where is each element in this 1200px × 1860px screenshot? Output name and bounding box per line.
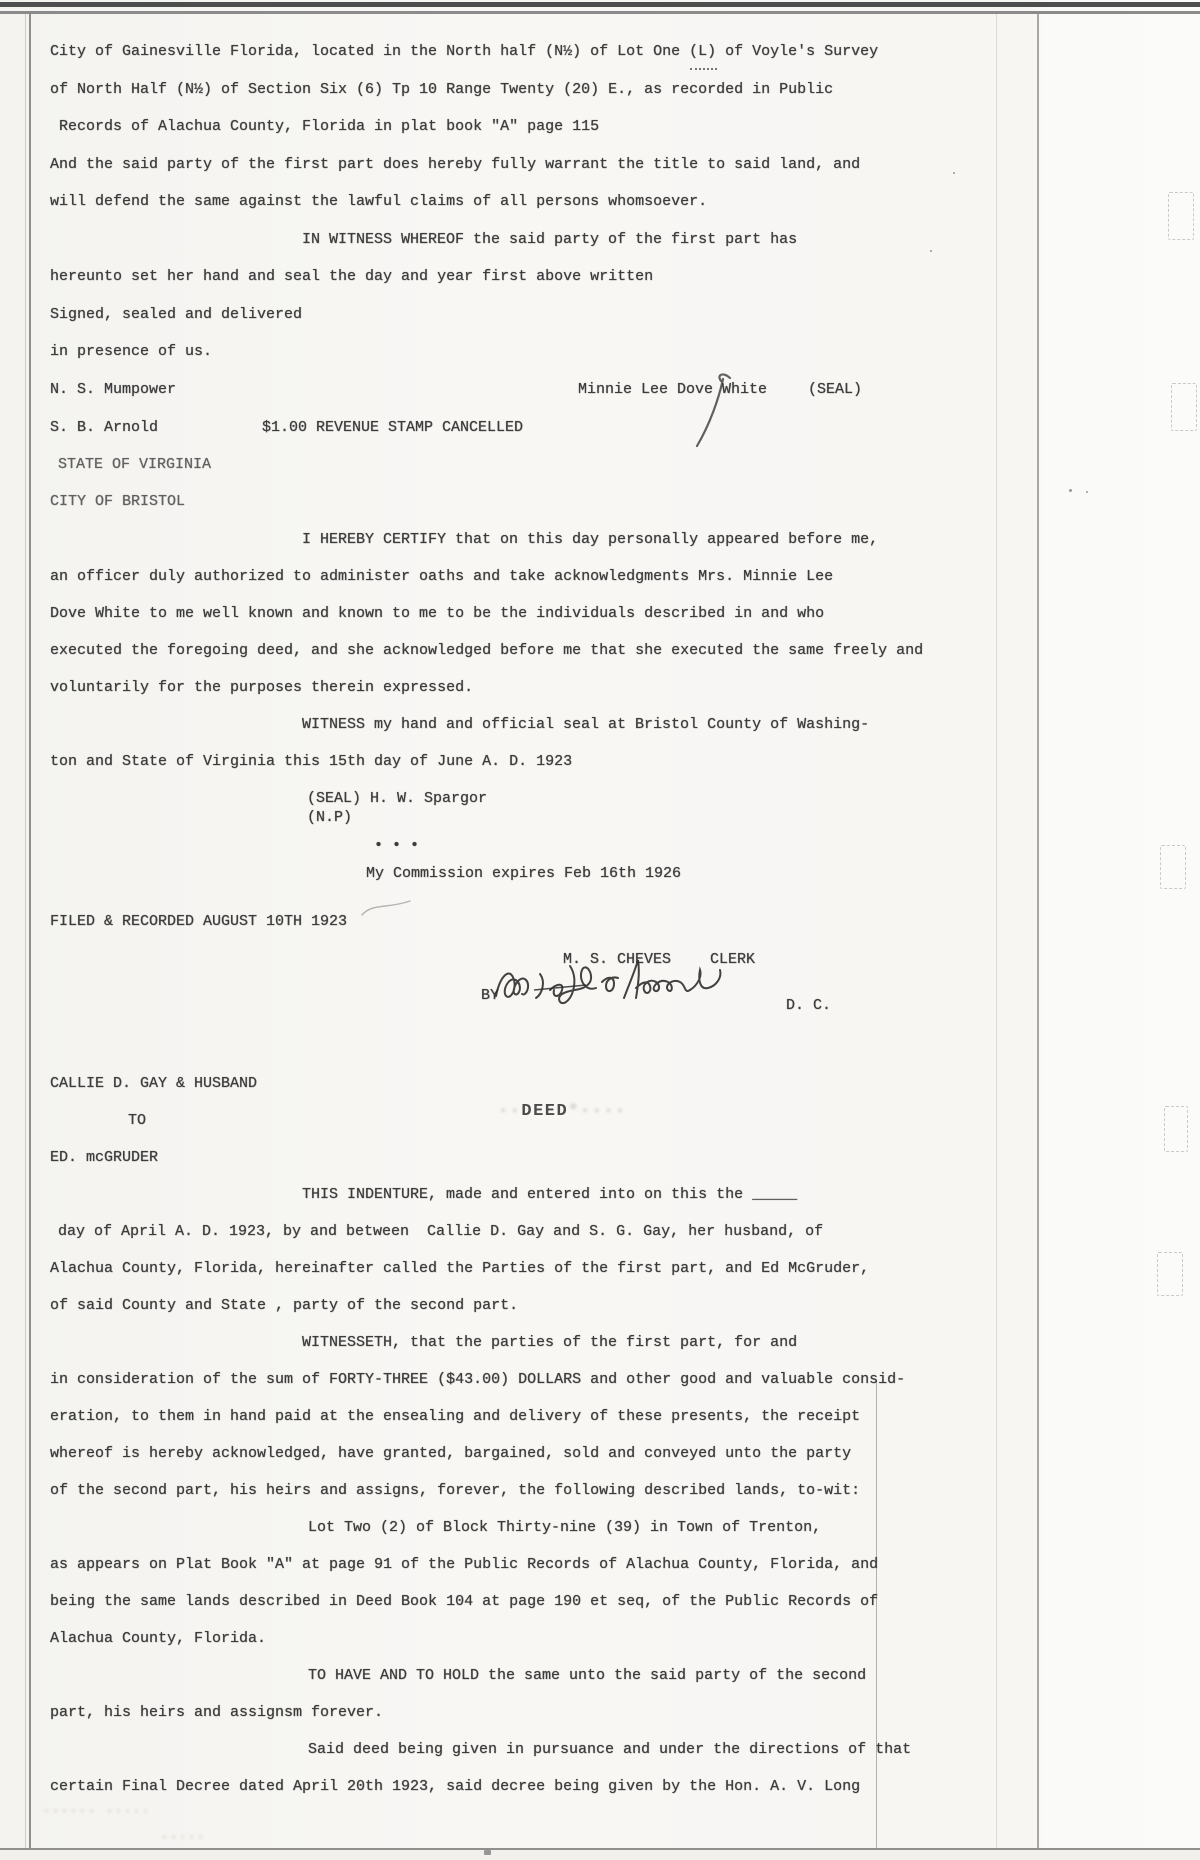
scan-top-edge-line-2 [0,11,1200,14]
document-line: And the said party of the first part doe… [50,155,860,175]
document-line: WITNESS my hand and official seal at Bri… [302,715,869,735]
stamp-text: DEED [521,1102,568,1121]
pencil-mark [360,898,414,920]
scan-top-edge-line [0,2,1200,7]
scanned-deed-page: City of Gainesville Florida, located in … [0,0,1200,1860]
document-line: voluntarily for the purposes therein exp… [50,678,473,698]
ink-speck [930,250,932,252]
document-line: Alachua County, Florida, hereinafter cal… [50,1259,869,1279]
document-line: ton and State of Virginia this 15th day … [50,752,572,772]
document-line: day of April A. D. 1923, by and between … [58,1222,823,1242]
left-margin-line-faint [25,14,26,1848]
document-line: Records of Alachua County, Florida in pl… [59,117,599,137]
margin-mark [1171,383,1197,431]
illegible-smudge: ····· [160,1828,205,1848]
document-line: executed the foregoing deed, and she ack… [50,641,923,661]
ink-speck [484,1850,491,1855]
lower-fold-line [876,1380,877,1848]
ink-speck [953,172,955,174]
document-line: I HEREBY CERTIFY that on this day person… [302,530,878,550]
commission-expiry: My Commission expires Feb 16th 1926 [366,864,681,884]
page-right-edge-line [1037,14,1039,1860]
stamp-ghost-suffix: °···· [568,1102,627,1121]
document-line: of said County and State , party of the … [50,1296,518,1316]
document-line: whereof is hereby acknowledged, have gra… [50,1444,851,1464]
document-line: Dove White to me well known and known to… [50,604,824,624]
stamp-ghost-prefix: ·· [498,1102,521,1121]
document-line: THIS INDENTURE, made and entered into on… [302,1185,797,1205]
document-line: part, his heirs and assignsm forever. [50,1703,383,1723]
document-line: STATE OF VIRGINIA [58,455,211,475]
scan-bottom-strip [0,1850,1200,1860]
revenue-stamp-note: $1.00 REVENUE STAMP CANCELLED [262,418,523,438]
ink-speck [1086,491,1088,493]
document-line: of the second part, his heirs and assign… [50,1481,860,1501]
document-line: • • • [374,836,419,856]
document-line: TO HAVE AND TO HOLD the same unto the sa… [308,1666,866,1686]
document-line: TO [128,1111,146,1131]
grantee-caption: ED. mcGRUDER [50,1148,158,1168]
pen-stroke [690,370,740,452]
inner-faint-line [996,14,997,1848]
document-line: CITY OF BRISTOL [50,492,185,512]
document-line: Signed, sealed and delivered [50,305,302,325]
left-margin-line [29,14,31,1848]
document-line: in presence of us. [50,342,212,362]
document-line: being the same lands described in Deed B… [50,1592,878,1612]
document-line: in consideration of the sum of FORTY-THR… [50,1370,905,1390]
illegible-smudge: ······ ····· [42,1802,150,1822]
notary-seal-line: (SEAL) H. W. Spargor [307,789,487,809]
document-line: of North Half (N½) of Section Six (6) Tp… [50,80,833,100]
document-line: IN WITNESS WHEREOF the said party of the… [302,230,797,250]
seal-label: (SEAL) [808,380,862,400]
clerk-signature [490,952,730,1016]
document-line: hereunto set her hand and seal the day a… [50,267,653,287]
document-line: Said deed being given in pursuance and u… [308,1740,911,1760]
document-line: WITNESSETH, that the parties of the firs… [302,1333,797,1353]
witness-name: N. S. Mumpower [50,380,176,400]
document-line: Lot Two (2) of Block Thirty-nine (39) in… [308,1518,821,1538]
notary-title: (N.P) [307,808,352,828]
document-line: eration, to them in hand paid at the ens… [50,1407,860,1427]
filing-note: FILED & RECORDED AUGUST 10TH 1923 [50,912,347,932]
document-line: as appears on Plat Book "A" at page 91 o… [50,1555,878,1575]
document-line: will defend the same against the lawful … [50,192,707,212]
scanned-document-body: { "colors": { "paper": "#f7f6f3", "ink":… [0,0,1200,1860]
ink-speck [1069,489,1072,492]
deputy-clerk-label: D. C. [786,996,831,1016]
document-line: certain Final Decree dated April 20th 19… [50,1777,860,1797]
margin-mark [1164,1106,1188,1152]
document-line: Alachua County, Florida. [50,1629,266,1649]
margin-mark [1157,1252,1183,1296]
deed-stamp: ··DEED°···· [498,1102,627,1121]
document-line: an officer duly authorized to administer… [50,567,833,587]
document-line: City of Gainesville Florida, located in … [50,42,878,62]
witness-name: S. B. Arnold [50,418,158,438]
margin-mark [1168,192,1194,240]
margin-mark [1160,845,1186,889]
grantor-caption: CALLIE D. GAY & HUSBAND [50,1074,257,1094]
scan-bottom-edge-line [0,1848,1200,1850]
